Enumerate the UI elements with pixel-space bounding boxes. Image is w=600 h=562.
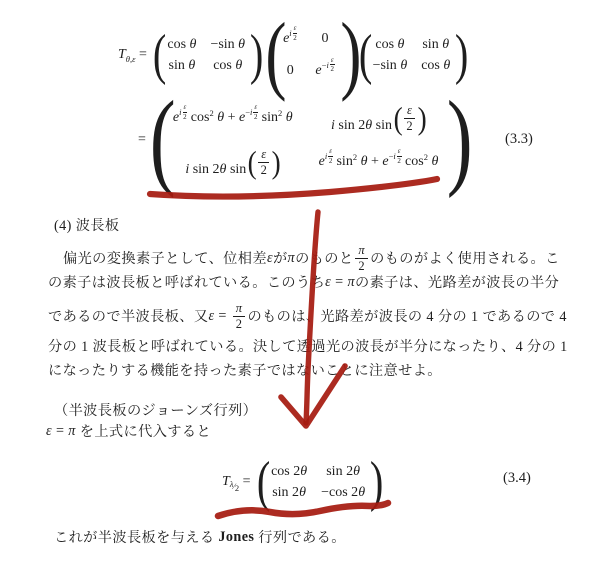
math-jp: のものは、光路差が波長の 4 分の 1 であるので 4 [247,306,566,326]
matrix-cell: sin 2θ [326,464,360,480]
math-jp: （半波長板のジョーンズ行列） [54,400,257,420]
matrix-cell: i sin 2θ sin(ε2) [331,102,426,134]
matrix-cell: −sin θ [373,58,408,74]
equation-number-3-3: (3.3) [505,131,533,148]
numerator: ε [253,103,258,112]
math-it: T [222,474,230,489]
matrix-cell: i sin 2θ sin(ε2) [185,146,280,178]
matrix-cell: e−iε2 [315,62,334,80]
math-jp: の素子は波長板と呼ばれている。このうち [48,272,325,292]
matrix-cells: cos 2θsin 2θsin 2θ−cos 2θ [268,464,368,501]
math-it: θ [357,154,367,169]
paren-glyph: ) [455,27,464,83]
math-sfrac: ε2 [328,147,333,165]
math-jp: を上式に代入すると [76,421,211,441]
math-rm: sin 2 [335,118,365,133]
math-rm: sin 2 [189,162,219,177]
math-sub: θ,ε [126,54,136,64]
matrix-cell: 0 [287,63,294,79]
matrix-cells: cos θ−sin θsin θcos θ [164,37,248,74]
math-rm: cos [375,37,397,52]
math-rm: = [138,132,146,147]
math-it: i [326,60,328,70]
math-it: π [347,274,355,291]
paren-glyph: ( [153,27,162,83]
paragraph-line-2: の素子は波長板と呼ばれている。このうちε = πの素子は、光路差が波長の半分 [48,272,559,292]
math-sfrac: ε2 [293,24,298,42]
math-sfrac: ε2 [253,103,258,121]
math-rm: cos [402,154,424,169]
paren-glyph: ( [248,146,256,178]
matrix-cell: cos θ [213,58,242,74]
paren-glyph: ( [257,454,266,510]
math-rm: cos [167,37,189,52]
math-it: π [68,423,76,440]
matrix-cell: cos θ [167,37,196,53]
math-frac: π2 [355,243,368,273]
math-sup: −iε2 [389,147,402,165]
numerator: ε [330,56,335,65]
denominator: 2 [183,113,187,121]
paren-glyph: ( [358,27,367,83]
math-it: i [250,107,252,117]
jones-matrix-expanded: (eiε2 cos2 θ + e−iε2 sin2 θi sin 2θ sin(… [147,86,464,194]
numerator: ε [328,147,333,156]
math-sup: iε2 [325,147,333,165]
numerator: ε [183,103,188,112]
math-rm: = [52,423,68,440]
math-bf: Jones [218,529,254,546]
math-jp: のものと [295,248,353,268]
math-rm: −sin [210,37,238,52]
math-it: i [325,151,327,161]
eq34-lhs: Tλ⁄2 = [222,474,254,490]
denominator: 2 [397,157,401,165]
math-rm: sin [333,154,353,169]
math-sup2: 2 [278,108,282,118]
math-jp: 分の 1 波長板と呼ばれている。決して透過光の波長が半分になったり、4 分の 1 [48,336,568,356]
math-it: θ [358,485,365,500]
math-it: θ [214,110,224,125]
matrix-cells: eiε2 cos2 θ + e−iε2 sin2 θi sin 2θ sin(ε… [167,102,444,178]
math-sup: −iε2 [245,103,258,121]
matrix-cell: 0 [322,31,329,47]
denominator: 2 [358,259,365,273]
dfrac-part: 2 [235,483,239,493]
section-heading-waveplate: (4) 波長板 [54,215,119,235]
paren-glyph: ) [250,27,259,83]
math-rm: sin [372,118,392,133]
math-frac: π2 [233,301,246,331]
math-rm: −sin [373,58,401,73]
math-dfrac: λ⁄2 [230,481,239,491]
math-it: θ [238,37,245,52]
math-it: θ [443,58,450,73]
numerator: ε [404,103,415,118]
math-sub: λ⁄2 [230,481,239,491]
denominator: 2 [236,317,243,331]
math-it: θ [353,464,360,479]
math-rm: cos 2 [271,464,300,479]
paragraph-line-4: 分の 1 波長板と呼ばれている。決して透過光の波長が半分になったり、4 分の 1 [48,336,568,356]
math-jp: が [273,248,288,268]
math-rm: sin [258,110,278,125]
math-it: ε [132,54,135,64]
numerator: π [233,301,246,316]
numerator: ε [293,24,298,33]
math-rm: + [224,110,239,125]
math-rm: = [331,274,347,291]
math-jp: であるので半波長板、又 [48,306,208,326]
math-rm: 0 [287,63,294,78]
matrix-cell: cos θ [421,58,450,74]
equation-3-3-line2: = (eiε2 cos2 θ + e−iε2 sin2 θi sin 2θ si… [138,94,465,186]
closing-line: これが半波長板を与える Jones 行列である。 [54,527,346,547]
math-it: i [179,107,181,117]
paren-glyph: ) [370,454,379,510]
math-sup: iε2 [289,24,297,42]
rotation-matrix-inverse: (cos θsin θ−sin θcos θ) [357,27,467,83]
math-jp: になったりする機能を持った素子ではないことに注意せよ。 [48,360,442,380]
math-it: θ [428,154,438,169]
math-it: i [289,28,291,38]
math-jp: 行列である。 [254,527,345,547]
half-waveplate-matrix: (cos 2θsin 2θsin 2θ−cos 2θ) [255,454,381,510]
math-rm: + [367,154,382,169]
math-rm: sin 2 [272,485,299,500]
math-rm: −cos 2 [321,485,358,500]
math-paren: (ε2) [247,146,280,178]
matrix-cell: −cos 2θ [321,485,365,501]
paren-glyph: ) [447,86,461,194]
math-it: T [118,47,126,62]
math-it: π [288,250,296,267]
substitution-line: ε = π を上式に代入すると [46,421,211,441]
denominator: 2 [261,163,267,177]
dfrac-part: λ [230,479,234,489]
math-sup: iε2 [179,103,187,121]
math-it: i [393,151,395,161]
math-it: θ [300,464,307,479]
math-rm: = [239,474,254,489]
math-sup: −iε2 [322,56,335,74]
math-sfrac: ε2 [183,103,188,121]
paragraph-line-1: 偏光の変換素子として、位相差εがπのものとπ2のものがよく使用される。こ [48,242,560,274]
math-it: θ [442,37,449,52]
math-frac: ε2 [404,103,415,133]
paren-glyph: ) [272,146,280,178]
equals-sign: = [138,132,146,148]
subheading-half-waveplate-jones: （半波長板のジョーンズ行列） [54,400,257,420]
math-jp: のものがよく使用される。こ [370,248,560,268]
matrix-cell: eiε2 sin2 θ + e−iε2 cos2 θ [319,153,439,171]
denominator: 2 [293,34,297,42]
denominator: 2 [406,119,412,133]
math-it: θ [188,58,195,73]
math-jp: これが半波長板を与える [54,527,218,547]
numerator: ε [397,147,402,156]
math-jp: 偏光の変換素子として、位相差 [63,248,267,268]
denominator: 2 [254,113,258,121]
matrix-cell: sin θ [422,37,449,53]
paren-glyph: ) [418,102,426,134]
matrix-cell: eiε2 cos2 θ + e−iε2 sin2 θ [173,109,293,127]
rotation-matrix: (cos θ−sin θsin θcos θ) [151,27,261,83]
denominator: 2 [329,157,333,165]
math-it: θ [299,485,306,500]
denominator: 2 [330,65,334,73]
matrix-cell: cos 2θ [271,464,307,480]
math-rm: sin [226,162,246,177]
math-sfrac: ε2 [397,147,402,165]
paren-glyph: ( [394,102,402,134]
matrix-cells: cos θsin θ−sin θcos θ [370,37,454,74]
math-rm: sin [169,58,189,73]
matrix-cells: eiε200e−iε2 [280,30,338,80]
matrix-cell: sin 2θ [272,485,306,501]
equation-3-4: Tλ⁄2 = (cos 2θsin 2θsin 2θ−cos 2θ) [222,456,382,508]
math-jp: (4) 波長板 [54,215,119,235]
math-rm: sin [422,37,442,52]
math-rm: = [135,47,150,62]
math-rm: cos [213,58,235,73]
math-rm: 0 [322,31,329,46]
paren-glyph: ( [150,86,164,194]
math-it: θ [400,58,407,73]
matrix-cell: cos θ [375,37,404,53]
math-frac: ε2 [258,147,269,177]
math-rm: cos [421,58,443,73]
matrix-cell: −sin θ [210,37,245,53]
math-it: θ [282,110,292,125]
math-it: θ [190,37,197,52]
math-sup2: 2 [353,152,357,162]
math-sup2: 2 [209,108,213,118]
math-rm: sin 2 [326,464,353,479]
numerator: π [355,243,368,258]
matrix-cell: sin θ [169,58,196,74]
eq33-lhs: Tθ,ε = [118,47,150,63]
math-sfrac: ε2 [330,56,335,74]
equation-number-3-4: (3.4) [503,470,531,487]
math-it: θ [235,58,242,73]
math-it: θ [398,37,405,52]
paragraph-line-3: であるので半波長板、又ε = π2のものは、光路差が波長の 4 分の 1 である… [48,300,567,332]
math-rm: cos [187,110,209,125]
math-jp: の素子は、光路差が波長の半分 [355,272,559,292]
math-sup2: 2 [424,152,428,162]
math-rm: = [214,308,230,325]
numerator: ε [258,147,269,162]
paragraph-line-5: になったりする機能を持った素子ではないことに注意せよ。 [48,360,442,380]
math-paren: (ε2) [393,102,426,134]
